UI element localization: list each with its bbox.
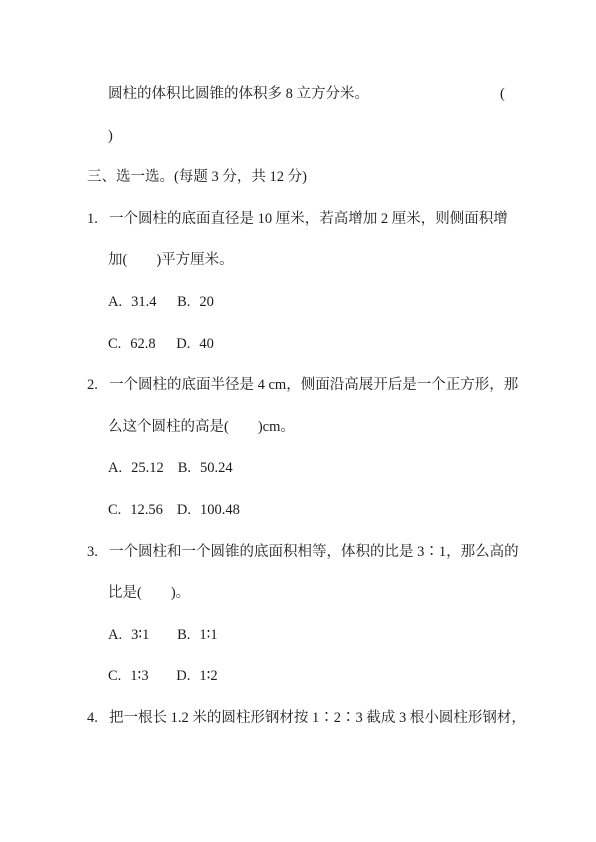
question-2-option-d-label: D. xyxy=(177,490,191,532)
question-1-option-b-value: 20 xyxy=(199,282,231,324)
question-1-option-b-label: B. xyxy=(177,282,190,324)
question-2-number: 2. xyxy=(87,365,109,407)
question-4-text-1: 把一根长 1.2 米的圆柱形钢材按 1∶2∶3 截成 3 根小圆柱形钢材， xyxy=(109,710,526,726)
question-2-option-c-value: 12.56 xyxy=(130,490,163,532)
question-3-option-d-value: 1∶2 xyxy=(199,656,231,698)
question-2-option-a-label: A. xyxy=(108,448,122,490)
question-1-line-2: 加( )平方厘米。 xyxy=(0,240,596,282)
question-3-option-d-label: D. xyxy=(176,656,190,698)
answer-paren-close: ) xyxy=(108,128,113,144)
question-2-options-row-2: C.12.56D.100.48 xyxy=(0,490,596,532)
question-3-option-a-value: 3∶1 xyxy=(131,615,163,657)
question-3-option-b-label: B. xyxy=(177,615,190,657)
question-1-options-row-2: C.62.8D.40 xyxy=(0,324,596,366)
question-3-line-2: 比是( )。 xyxy=(0,573,596,615)
page-content: 圆柱的体积比圆锥的体积多 8 立方分米。( ) 三、选一选。(每题 3 分，共 … xyxy=(0,0,596,740)
question-1-line-1: 1.一个圆柱的底面直径是 10 厘米，若高增加 2 厘米，则侧面积增 xyxy=(0,199,596,241)
question-3-line-1: 3.一个圆柱和一个圆锥的底面积相等，体积的比是 3∶1，那么高的 xyxy=(0,532,596,574)
question-3-option-c-value: 1∶3 xyxy=(130,656,162,698)
question-2-line-2: 么这个圆柱的高是( )cm。 xyxy=(0,407,596,449)
question-2-option-d-value: 100.48 xyxy=(200,490,240,532)
question-2-options-row-1: A.25.12B.50.24 xyxy=(0,448,596,490)
question-2-option-b-value: 50.24 xyxy=(200,448,233,490)
question-1-options-row-1: A.31.4B.20 xyxy=(0,282,596,324)
question-4-number: 4. xyxy=(87,698,109,740)
question-3-text-1: 一个圆柱和一个圆锥的底面积相等，体积的比是 3∶1，那么高的 xyxy=(109,544,519,560)
question-2-option-a-value: 25.12 xyxy=(131,448,164,490)
truefalse-statement-text: 圆柱的体积比圆锥的体积多 8 立方分米。 xyxy=(108,86,369,102)
section-header: 三、选一选。(每题 3 分，共 12 分) xyxy=(0,157,596,199)
truefalse-statement-line: 圆柱的体积比圆锥的体积多 8 立方分米。( xyxy=(0,74,596,116)
answer-paren-open: ( xyxy=(500,74,505,116)
question-1-number: 1. xyxy=(87,199,109,241)
document-page: 圆柱的体积比圆锥的体积多 8 立方分米。( ) 三、选一选。(每题 3 分，共 … xyxy=(0,0,596,842)
question-1-option-c-value: 62.8 xyxy=(130,324,162,366)
question-3-options-row-2: C.1∶3D.1∶2 xyxy=(0,656,596,698)
question-3-option-b-value: 1∶1 xyxy=(199,615,231,657)
question-3-option-c-label: C. xyxy=(108,656,121,698)
answer-paren-close-line: ) xyxy=(0,116,596,158)
question-2-line-1: 2.一个圆柱的底面半径是 4 cm，侧面沿高展开后是一个正方形，那 xyxy=(0,365,596,407)
question-4-line-1: 4.把一根长 1.2 米的圆柱形钢材按 1∶2∶3 截成 3 根小圆柱形钢材， xyxy=(0,698,596,740)
question-2-text-1: 一个圆柱的底面半径是 4 cm，侧面沿高展开后是一个正方形，那 xyxy=(109,377,518,393)
question-1-option-d-value: 40 xyxy=(199,324,231,366)
question-2-option-c-label: C. xyxy=(108,490,121,532)
question-1-text-1: 一个圆柱的底面直径是 10 厘米，若高增加 2 厘米，则侧面积增 xyxy=(109,211,508,227)
question-1-option-d-label: D. xyxy=(176,324,190,366)
question-1-option-a-value: 31.4 xyxy=(131,282,163,324)
question-1-option-c-label: C. xyxy=(108,324,121,366)
question-1-option-a-label: A. xyxy=(108,282,122,324)
question-3-number: 3. xyxy=(87,532,109,574)
question-3-option-a-label: A. xyxy=(108,615,122,657)
question-2-option-b-label: B. xyxy=(178,448,191,490)
question-3-options-row-1: A.3∶1B.1∶1 xyxy=(0,615,596,657)
